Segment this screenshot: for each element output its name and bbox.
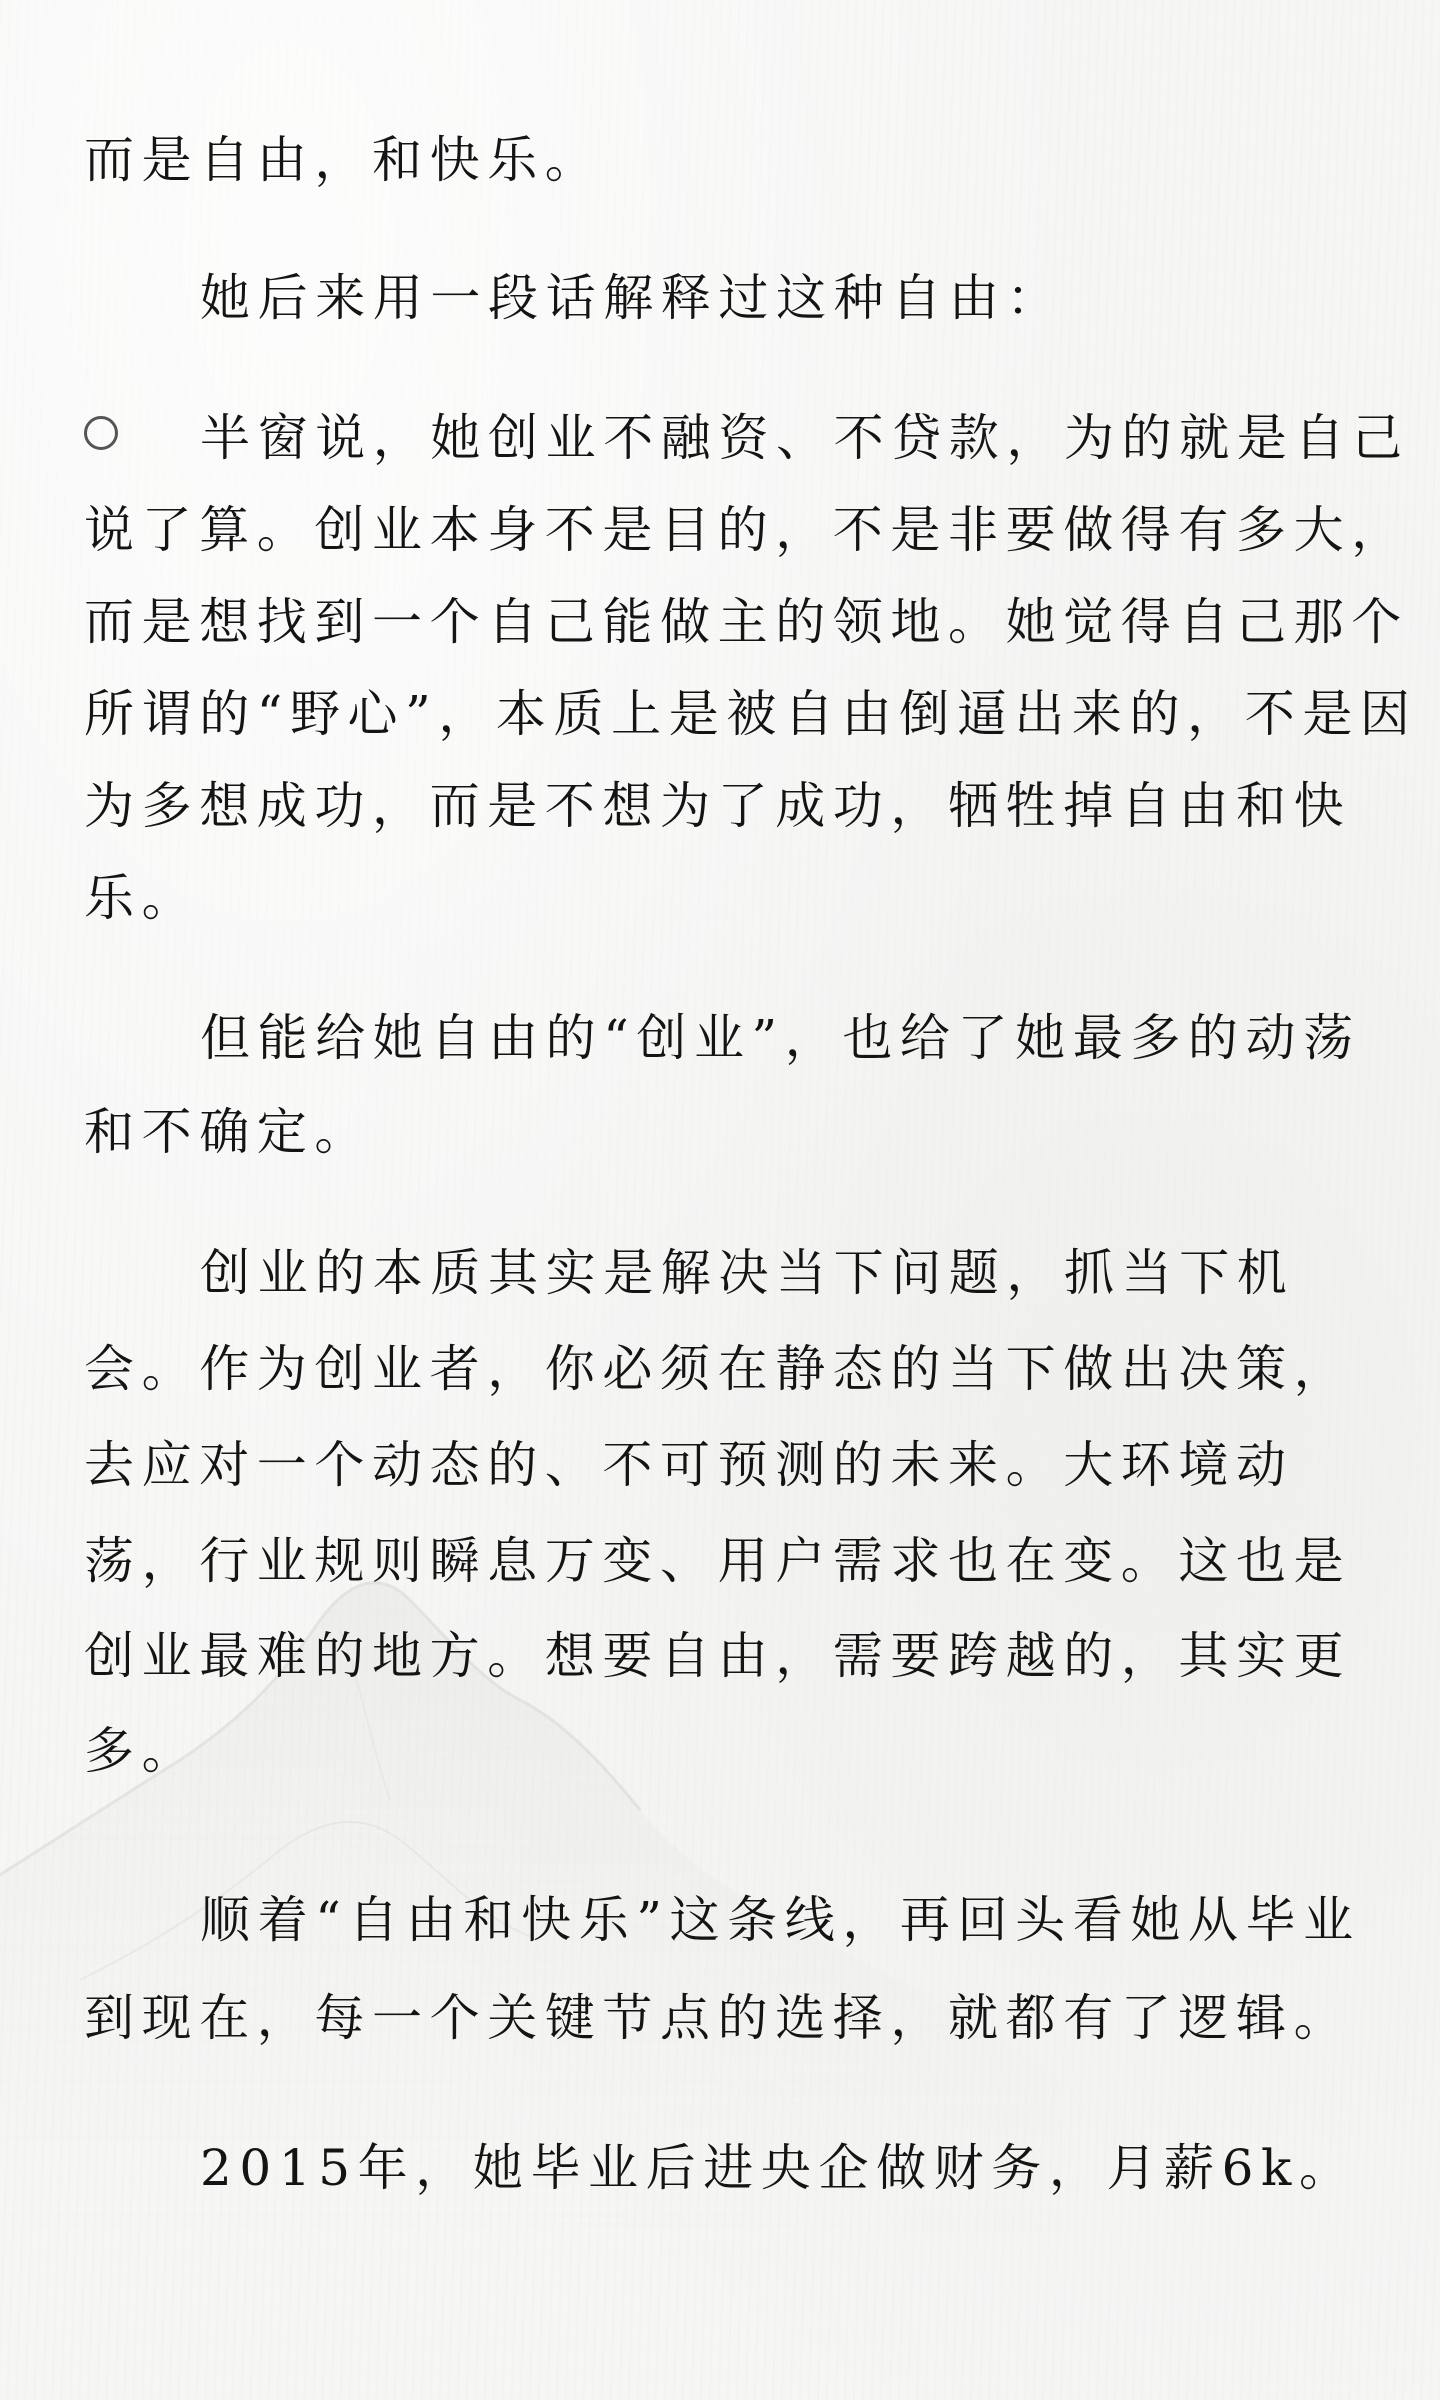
paragraph-line: 而是自由，和快乐。 bbox=[84, 130, 602, 190]
paragraph-line: 她后来用一段话解释过这种自由： bbox=[200, 268, 1064, 328]
paragraph-line: 顺着“自由和快乐”这条线，再回头看她从毕业 bbox=[200, 1890, 1361, 1950]
paragraph-line: 和不确定。 bbox=[84, 1102, 372, 1162]
paragraph-line: 创业最难的地方。想要自由，需要跨越的，其实更 bbox=[84, 1626, 1351, 1686]
paragraph-line: 说了算。创业本身不是目的，不是非要做得有多大， bbox=[84, 500, 1409, 560]
paragraph-line: 所谓的“野心”，本质上是被自由倒逼出来的，不是因 bbox=[84, 684, 1418, 744]
paragraph-line: 为多想成功，而是不想为了成功，牺牲掉自由和快 bbox=[84, 776, 1351, 836]
paragraph-line: 创业的本质其实是解决当下问题，抓当下机 bbox=[200, 1243, 1294, 1303]
paragraph-line: 荡，行业规则瞬息万变、用户需求也在变。这也是 bbox=[84, 1531, 1351, 1591]
paragraph-line: 去应对一个动态的、不可预测的未来。大环境动 bbox=[84, 1435, 1294, 1495]
paragraph-line: 而是想找到一个自己能做主的领地。她觉得自己那个 bbox=[84, 592, 1409, 652]
paragraph-line: 2015年，她毕业后进央企做财务，月薪6k。 bbox=[200, 2138, 1357, 2198]
paragraph-line: 乐。 bbox=[84, 868, 199, 928]
paragraph-line: 多。 bbox=[84, 1721, 199, 1781]
paragraph-line: 到现在，每一个关键节点的选择，就都有了逻辑。 bbox=[84, 1988, 1351, 2048]
paragraph-line: 会。作为创业者，你必须在静态的当下做出决策， bbox=[84, 1339, 1351, 1399]
paragraph-line: 半窗说，她创业不融资、不贷款，为的就是自己 bbox=[200, 408, 1410, 468]
hollow-circle-bullet-icon bbox=[84, 416, 118, 450]
paragraph-line: 但能给她自由的“创业”，也给了她最多的动荡 bbox=[200, 1008, 1361, 1068]
